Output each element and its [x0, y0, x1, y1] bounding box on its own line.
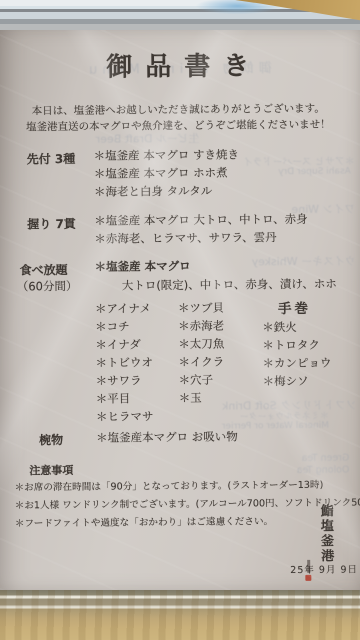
fish-item: ＊トビウオ: [95, 353, 153, 372]
section-tabehoudai-label: 食べ放題: [20, 261, 68, 278]
nigiri-item: ＊赤海老、ヒラマサ、サワラ、雲丹: [94, 228, 276, 248]
section-wanmono-label: 椀物: [39, 431, 63, 448]
fish-item: ＊穴子: [179, 371, 225, 389]
fish-item: ＊太刀魚: [178, 335, 224, 353]
wanmono-item: ＊塩釜産本マグロ お吸い物: [96, 428, 238, 447]
note-line: ＊フードファイトや過度な「おかわり」はご遠慮ください。: [15, 513, 273, 533]
sakizuke-item: ＊海老と白身 タルタル: [94, 182, 212, 201]
temaki-item: ＊梅シソ: [263, 372, 332, 391]
section-nigiri-label: 握り 7貫: [27, 215, 76, 232]
sakizuke-item: ＊塩釜産 本マグロ ホホ煮: [94, 164, 228, 183]
fish-item: ＊ツブ貝: [178, 299, 224, 317]
fish-item: ＊玉: [179, 389, 225, 407]
page-title: 御品書き: [0, 44, 358, 84]
fish-item: ＊平目: [96, 389, 154, 408]
nigiri-item: ＊塩釜産 本マグロ 大トロ、中トロ、赤身: [94, 210, 308, 230]
note-line: ＊お1人様 ワンドリンク制でございます。(アルコール700円、ソフトドリンク50…: [15, 494, 360, 515]
fish-item: ＊アイナメ: [95, 299, 153, 318]
intro-line-2: 塩釜港直送の本マグロや魚介達を、どうぞご堪能くださいませ！: [0, 116, 358, 135]
bleedthrough-oolong-tea: Oolong Tea: [253, 465, 349, 477]
menu-content: 御飲物 Drink Menu 生ビール Draft Beer ＊アサヒ スーパー…: [0, 28, 360, 591]
fish-item: ＊イナダ: [95, 335, 153, 354]
tabehoudai-maguro-detail: 大トロ(限定)、中トロ、赤身、漬け、ホホ: [122, 275, 337, 295]
wood-table: [0, 590, 360, 640]
temaki-item: ＊カンピョウ: [262, 354, 331, 373]
menu-date: 25年 9月 9日: [290, 561, 356, 576]
tabehoudai-column-2: ＊ツブ貝 ＊赤海老 ＊太刀魚 ＊イクラ ＊穴子 ＊玉: [178, 299, 225, 407]
bleedthrough-green-tea: Green Tea: [253, 453, 349, 465]
bleedthrough-asahi-en: Asahi Super Dry: [233, 167, 351, 178]
temaki-header: 手巻: [278, 301, 311, 317]
menu-photo: 御飲物 Drink Menu 生ビール Draft Beer ＊アサヒ スーパー…: [0, 0, 360, 640]
bleedthrough-whiskey: ウイスキー Whiskey: [232, 252, 356, 269]
section-tabehoudai-duration: （60分間）: [17, 278, 78, 295]
fish-item: ＊イクラ: [178, 353, 224, 371]
tabehoudai-column-1: ＊アイナメ ＊コチ ＊イナダ ＊トビウオ ＊サワラ ＊平目 ＊ヒラマサ: [95, 299, 154, 425]
fish-item: ＊赤海老: [178, 317, 224, 335]
sakizuke-item: ＊塩釜産 本マグロ すき焼き: [94, 145, 239, 164]
fish-item: ＊サワラ: [96, 371, 154, 390]
tabehoudai-temaki-column: 手巻 ＊鉄火 ＊トロタク ＊カンピョウ ＊梅シソ: [262, 298, 332, 391]
menu-paper: 御飲物 Drink Menu 生ビール Draft Beer ＊アサヒ スーパー…: [0, 30, 360, 590]
fish-item: ＊ヒラマサ: [96, 407, 154, 426]
temaki-item: ＊トロタク: [262, 336, 331, 355]
temaki-item: ＊鉄火: [262, 318, 331, 337]
section-sakizuke-label: 先付 3種: [27, 150, 76, 167]
fish-item: ＊コチ: [95, 317, 153, 336]
tabehoudai-headline: ＊塩釜産 本マグロ: [95, 257, 191, 276]
restaurant-signature: 鮨塩釜港: [316, 504, 336, 564]
notes-header: 注意事項: [29, 462, 73, 478]
